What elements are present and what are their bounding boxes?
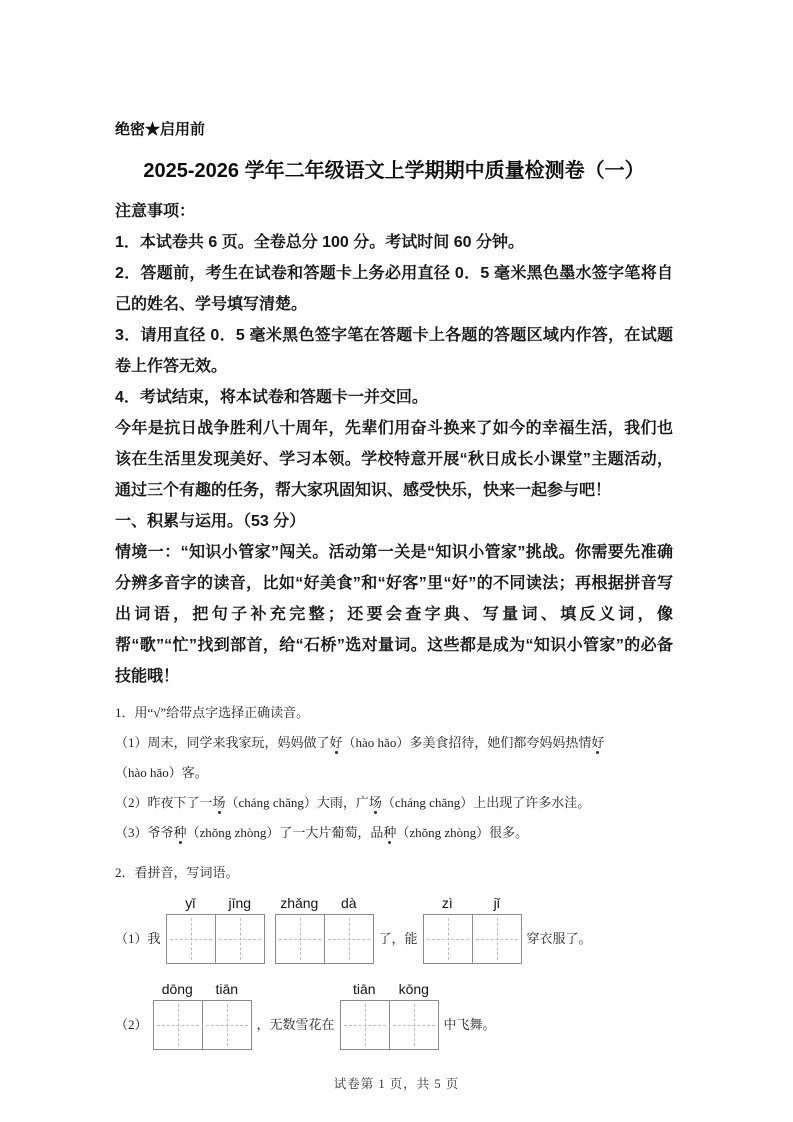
dotted-character: 场	[369, 795, 382, 810]
item-text: （cháng chǎng）大雨，广	[226, 795, 369, 810]
notice-item-2: 2．答题前，考生在试卷和答题卡上务必用直径 0．5 毫米黑色墨水签字笔将自己的姓…	[115, 258, 673, 320]
pinyin-label: jīng	[215, 896, 265, 911]
writing-cell	[166, 914, 216, 964]
box-row	[340, 1000, 439, 1050]
question2-stem: 2．看拼音，写词语。	[115, 858, 673, 888]
item-text: （zhǒng zhòng）了一大片葡萄，品	[187, 825, 384, 840]
box-row	[423, 914, 522, 964]
dotted-character: 好	[330, 735, 343, 750]
pinyin-row: dōngtiān	[153, 978, 252, 1000]
pinyin-row: zhǎngdà	[275, 892, 374, 914]
pinyin-row: tiānkōng	[340, 978, 439, 1000]
notices-heading: 注意事项：	[115, 196, 673, 227]
item-text: （hào hǎo）客。	[115, 765, 208, 780]
pinyin-label: jǐ	[472, 896, 522, 911]
question-item: （2）昨夜下了一场（cháng chǎng）大雨，广场（cháng chǎng）…	[115, 788, 673, 818]
section-one-heading: 一、积累与运用。（53 分）	[115, 506, 673, 537]
classification-label: 绝密★启用前	[115, 0, 673, 140]
writing-cell	[275, 914, 325, 964]
dotted-character: 种	[383, 825, 396, 840]
question1-stem: 1．用“√”给带点字选择正确读音。	[115, 698, 673, 728]
box-row	[166, 914, 265, 964]
writing-cell	[324, 914, 374, 964]
pinyin-write-row: （1）我yǐjīngzhǎngdà了，能zìjǐ穿衣服了。	[115, 892, 673, 964]
pinyin-label: zhǎng	[275, 896, 325, 911]
question-item: （1）周末，同学来我家玩，妈妈做了好（hào hǎo）多美食招待，她们都夸妈妈热…	[115, 728, 673, 788]
item-text: （2）昨夜下了一	[115, 795, 213, 810]
writing-cell	[423, 914, 473, 964]
pinyin-label: dōng	[153, 982, 203, 997]
page-title: 2025-2026 学年二年级语文上学期期中质量检测卷（一）	[115, 156, 673, 186]
row-label: （2）	[115, 978, 148, 1050]
row-text: 我	[148, 892, 161, 964]
writing-cell	[153, 1000, 203, 1050]
pinyin-write-row: （2）dōngtiān，无数雪花在tiānkōng中飞舞。	[115, 978, 673, 1050]
item-text: （zhǒng zhòng）很多。	[396, 825, 528, 840]
row-text: ，无数雪花在	[257, 978, 335, 1050]
pinyin-row: zìjǐ	[423, 892, 522, 914]
pinyin-label: tiān	[340, 982, 390, 997]
writing-box-group: tiānkōng	[340, 978, 439, 1050]
row-text: 了，能	[379, 892, 418, 964]
dotted-character: 种	[174, 825, 187, 840]
dotted-character: 好	[591, 735, 604, 750]
pinyin-row: yǐjīng	[166, 892, 265, 914]
page-footer: 试卷第 1 页，共 5 页	[0, 1074, 793, 1092]
row-text: 中飞舞。	[444, 978, 496, 1050]
writing-cell	[202, 1000, 252, 1050]
row-label: （1）	[115, 892, 148, 964]
scenario-paragraph: 情境一：“知识小管家”闯关。活动第一关是“知识小管家”挑战。你需要先准确分辨多音…	[115, 537, 673, 692]
writing-cell	[340, 1000, 390, 1050]
writing-cell	[389, 1000, 439, 1050]
item-text: （hào hǎo）多美食招待，她们都夸妈妈热情	[343, 735, 592, 750]
pinyin-label: yǐ	[166, 896, 216, 911]
question1-items: （1）周末，同学来我家玩，妈妈做了好（hào hǎo）多美食招待，她们都夸妈妈热…	[115, 728, 673, 848]
writing-box-group: yǐjīng	[166, 892, 265, 964]
box-row	[153, 1000, 252, 1050]
dotted-character: 场	[213, 795, 226, 810]
intro-paragraph: 今年是抗日战争胜利八十周年，先辈们用奋斗换来了如今的幸福生活，我们也该在生活里发…	[115, 413, 673, 506]
item-text: （cháng chǎng）上出现了许多水洼。	[382, 795, 590, 810]
writing-box-group: zìjǐ	[423, 892, 522, 964]
notice-item-1: 1．本试卷共 6 页。全卷总分 100 分。考试时间 60 分钟。	[115, 227, 673, 258]
box-row	[275, 914, 374, 964]
writing-box-group: dōngtiān	[153, 978, 252, 1050]
pinyin-label: kōng	[389, 982, 439, 997]
pinyin-label: tiān	[202, 982, 252, 997]
writing-box-group: zhǎngdà	[275, 892, 374, 964]
writing-cell	[472, 914, 522, 964]
item-text: （3）爷爷	[115, 825, 174, 840]
row-text: 穿衣服了。	[527, 892, 592, 964]
question2-rows: （1）我yǐjīngzhǎngdà了，能zìjǐ穿衣服了。（2）dōngtiān…	[115, 892, 673, 1050]
page-content: 绝密★启用前 2025-2026 学年二年级语文上学期期中质量检测卷（一） 注意…	[115, 0, 673, 1050]
item-text: （1）周末，同学来我家玩，妈妈做了	[115, 735, 330, 750]
writing-cell	[215, 914, 265, 964]
question-item: （3）爷爷种（zhǒng zhòng）了一大片葡萄，品种（zhǒng zhòng…	[115, 818, 673, 848]
notice-item-4: 4．考试结束，将本试卷和答题卡一并交回。	[115, 382, 673, 413]
pinyin-label: zì	[423, 896, 473, 911]
pinyin-label: dà	[324, 896, 374, 911]
notice-item-3: 3．请用直径 0．5 毫米黑色签字笔在答题卡上各题的答题区域内作答，在试题卷上作…	[115, 320, 673, 382]
